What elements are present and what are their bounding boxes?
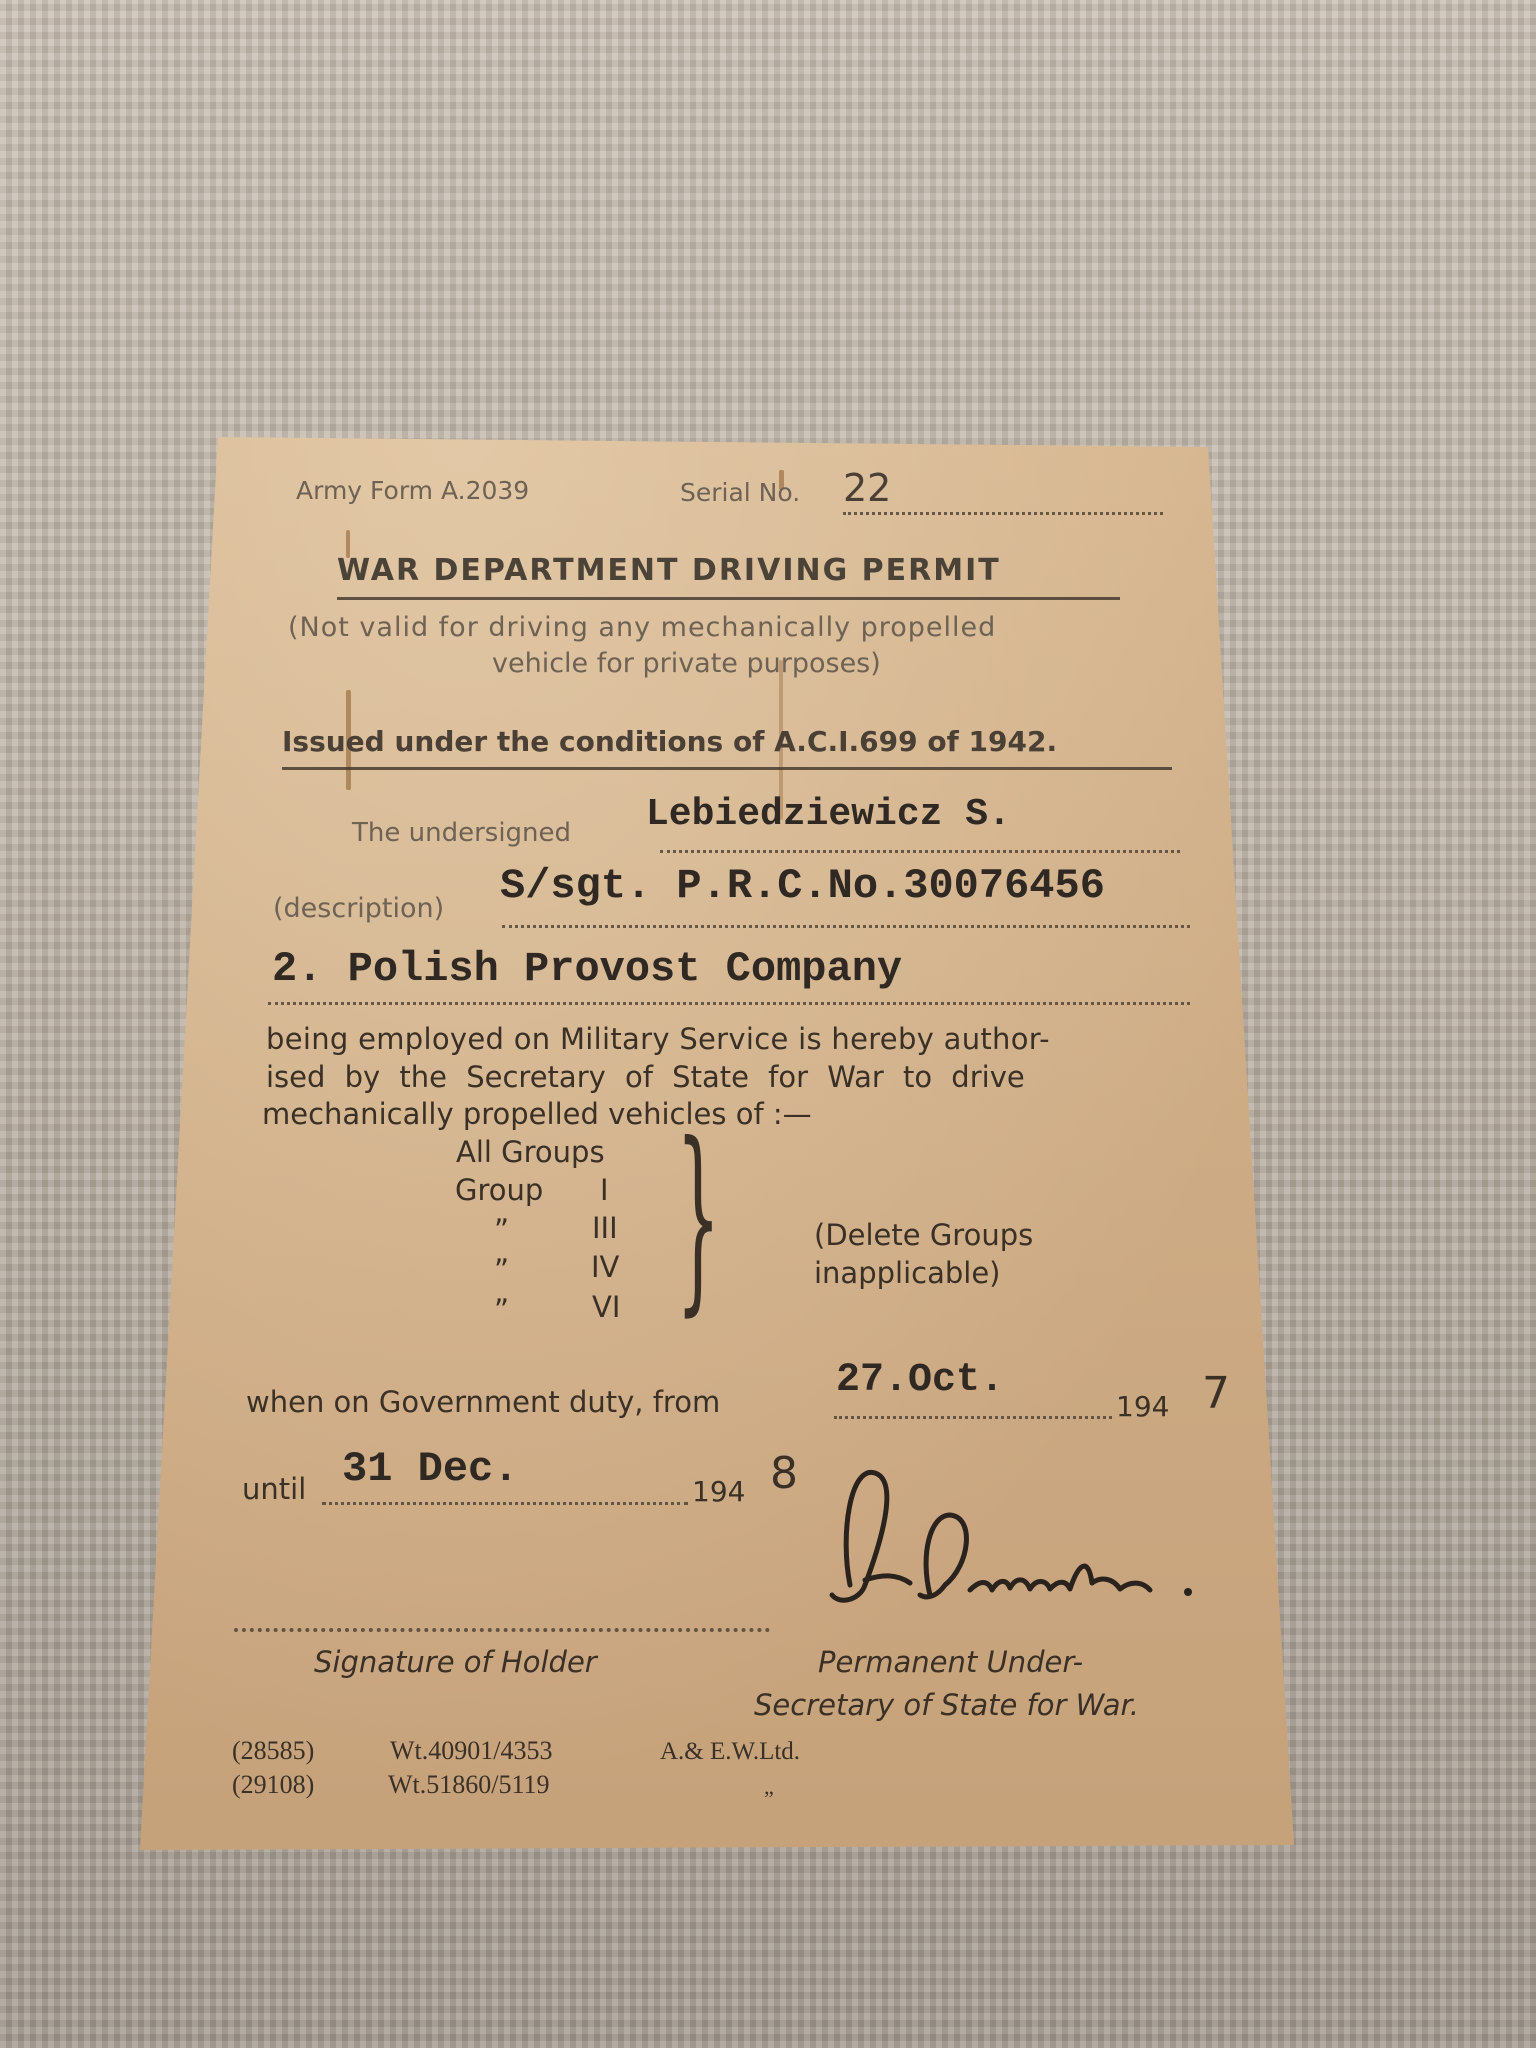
until-label: until xyxy=(242,1472,306,1506)
group-prefix-1: Group xyxy=(455,1173,543,1207)
serial-value: 22 xyxy=(843,466,891,510)
group-numeral-4: IV xyxy=(591,1250,619,1284)
holder-signature-line xyxy=(234,1628,770,1632)
until-year-prefix: 194 xyxy=(692,1475,745,1508)
printer-wt-2: Wt.51860/5119 xyxy=(388,1770,550,1800)
notice-line-2: vehicle for private purposes) xyxy=(492,648,881,679)
description-dotted-line xyxy=(502,925,1190,928)
form-number: Army Form A.2039 xyxy=(296,476,529,505)
printer-wt-1: Wt.40901/4353 xyxy=(390,1736,553,1766)
official-title-line-1: Permanent Under- xyxy=(818,1645,1083,1679)
printer-name-2: ” xyxy=(764,1786,774,1812)
official-title-line-2: Secretary of State for War. xyxy=(754,1688,1139,1722)
group-numeral-6: VI xyxy=(592,1290,620,1324)
permit-title: WAR DEPARTMENT DRIVING PERMIT xyxy=(337,553,1001,588)
group-prefix-4: ” xyxy=(494,1253,509,1287)
holder-name: Lebiedziewicz S. xyxy=(646,793,1011,836)
serial-label: Serial No. xyxy=(680,478,800,507)
delete-groups-note-1: (Delete Groups xyxy=(814,1218,1033,1252)
from-label: when on Government duty, from xyxy=(246,1385,720,1419)
serial-dotted-line xyxy=(843,512,1163,515)
group-prefix-6: ” xyxy=(494,1293,509,1327)
delete-groups-note-2: inapplicable) xyxy=(814,1256,1000,1290)
authorisation-line-2: ised by the Secretary of State for War t… xyxy=(266,1060,1025,1094)
from-year-prefix: 194 xyxy=(1116,1390,1169,1423)
group-numeral-1: I xyxy=(600,1173,609,1207)
until-date: 31 Dec. xyxy=(342,1445,518,1493)
notice-line-1: (Not valid for driving any mechanically … xyxy=(288,612,996,643)
printer-code-2: (29108) xyxy=(232,1770,314,1800)
issued-under-line: Issued under the conditions of A.C.I.699… xyxy=(282,725,1057,758)
holder-unit: 2. Polish Provost Company xyxy=(272,945,902,993)
unit-dotted-line xyxy=(268,1002,1190,1005)
printer-name-1: A.& E.W.Ltd. xyxy=(660,1738,800,1766)
from-date: 27.Oct. xyxy=(836,1358,1004,1403)
group-all: All Groups xyxy=(456,1135,605,1169)
name-dotted-line xyxy=(660,850,1180,853)
authorisation-line-1: being employed on Military Service is he… xyxy=(266,1022,1050,1056)
from-year-digit: 7 xyxy=(1202,1368,1230,1419)
group-numeral-3: III xyxy=(592,1211,618,1245)
holder-description: S/sgt. P.R.C.No.30076456 xyxy=(500,862,1105,910)
issued-underline xyxy=(282,767,1172,770)
title-underline xyxy=(337,597,1120,600)
undersigned-label: The undersigned xyxy=(352,818,571,848)
printer-code-1: (28585) xyxy=(232,1736,314,1766)
official-signature xyxy=(820,1455,1220,1625)
from-dotted-line xyxy=(834,1416,1112,1419)
until-dotted-line xyxy=(322,1502,688,1505)
authorisation-line-3: mechanically propelled vehicles of :— xyxy=(262,1097,812,1131)
group-prefix-3: ” xyxy=(494,1213,509,1247)
until-year-digit: 8 xyxy=(770,1448,798,1499)
description-label: (description) xyxy=(273,893,444,924)
holder-signature-label: Signature of Holder xyxy=(314,1645,597,1679)
groups-brace: } xyxy=(676,1118,721,1318)
